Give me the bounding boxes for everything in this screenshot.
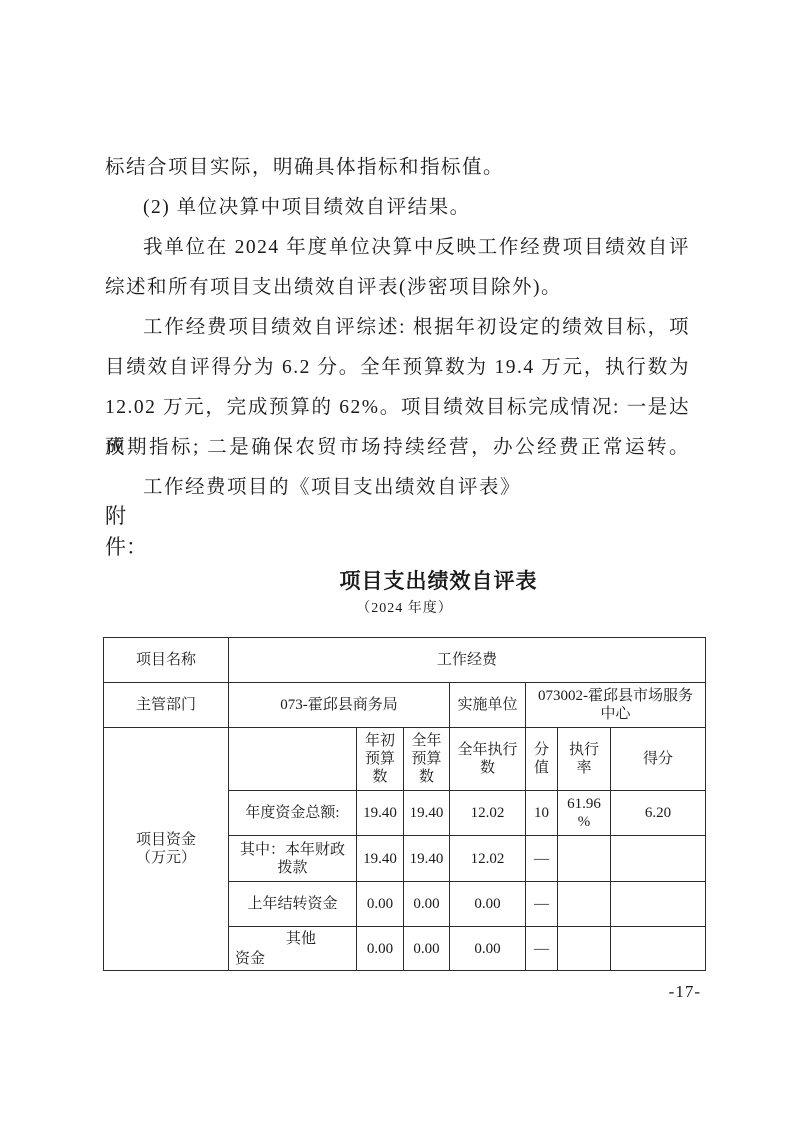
empty-header-cell bbox=[229, 728, 357, 791]
annual-exec-cell: 12.02 bbox=[450, 836, 526, 882]
document-page: 标结合项目实际，明确具体指标和指标值。 (2) 单位决算中项目绩效自评结果。 我… bbox=[0, 0, 793, 1122]
annual-exec-cell: 12.02 bbox=[450, 791, 526, 836]
initial-budget-cell: 19.40 bbox=[357, 791, 404, 836]
col-header-annual-budget: 全年预算数 bbox=[404, 728, 450, 791]
points-cell: — bbox=[526, 882, 558, 927]
section-label-line2: （万元） bbox=[108, 849, 224, 867]
annual-exec-cell: 0.00 bbox=[450, 927, 526, 971]
points-cell: 10 bbox=[526, 791, 558, 836]
table-title: 项目支出绩效自评表 bbox=[0, 565, 793, 595]
impl-unit-label-cell: 实施单位 bbox=[450, 683, 526, 728]
dept-value-cell: 073-霍邱县商务局 bbox=[229, 683, 450, 728]
attachment-label-line1: 附 bbox=[105, 501, 147, 532]
body-line: 12.02 万元，完成预算的 62%。项目绩效目标完成情况: 一是达成 bbox=[105, 388, 690, 428]
project-name-label-cell: 项目名称 bbox=[104, 638, 229, 683]
row-label-cell: 其他 资金 bbox=[229, 927, 357, 971]
annual-budget-cell: 19.40 bbox=[404, 791, 450, 836]
row-label-cell: 上年结转资金 bbox=[229, 882, 357, 927]
col-header-points: 分值 bbox=[526, 728, 558, 791]
initial-budget-cell: 19.40 bbox=[357, 836, 404, 882]
row-label-line2: 资金 bbox=[233, 949, 352, 969]
col-header-annual-exec: 全年执行数 bbox=[450, 728, 526, 791]
col-header-exec-rate: 执行率 bbox=[558, 728, 611, 791]
col-header-initial-budget: 年初预算数 bbox=[357, 728, 404, 791]
table-row: 主管部门 073-霍邱县商务局 实施单位 073002-霍邱县市场服务中心 bbox=[104, 683, 706, 728]
body-line: 我单位在 2024 年度单位决算中反映工作经费项目绩效自评 bbox=[105, 228, 690, 268]
score-cell bbox=[611, 882, 706, 927]
attachment-label: 附 件： bbox=[105, 501, 147, 563]
section-label-cell: 项目资金 （万元） bbox=[104, 728, 229, 971]
score-cell: 6.20 bbox=[611, 791, 706, 836]
attachment-label-line2: 件： bbox=[105, 532, 147, 563]
row-label-line1: 其他 bbox=[233, 929, 352, 949]
impl-unit-value-cell: 073002-霍邱县市场服务中心 bbox=[526, 683, 706, 728]
body-line: 工作经费项目的《项目支出绩效自评表》 bbox=[105, 468, 690, 508]
table-subtitle: （2024 年度） bbox=[0, 597, 793, 617]
table-header-row: 项目资金 （万元） 年初预算数 全年预算数 全年执行数 分值 执行率 得分 bbox=[104, 728, 706, 791]
annual-budget-cell: 0.00 bbox=[404, 927, 450, 971]
exec-rate-cell bbox=[558, 882, 611, 927]
annual-budget-cell: 19.40 bbox=[404, 836, 450, 882]
points-cell: — bbox=[526, 836, 558, 882]
initial-budget-cell: 0.00 bbox=[357, 882, 404, 927]
exec-rate-cell bbox=[558, 927, 611, 971]
score-cell bbox=[611, 927, 706, 971]
section-label-line1: 项目资金 bbox=[108, 831, 224, 849]
body-line: 工作经费项目绩效自评综述: 根据年初设定的绩效目标，项 bbox=[105, 308, 690, 348]
project-name-value-cell: 工作经费 bbox=[229, 638, 706, 683]
row-label-cell: 年度资金总额: bbox=[229, 791, 357, 836]
body-line: 预期指标; 二是确保农贸市场持续经营，办公经费正常运转。 bbox=[105, 428, 690, 468]
row-label-cell: 其中：本年财政拨款 bbox=[229, 836, 357, 882]
annual-budget-cell: 0.00 bbox=[404, 882, 450, 927]
body-line: 标结合项目实际，明确具体指标和指标值。 bbox=[105, 148, 690, 188]
exec-rate-cell bbox=[558, 836, 611, 882]
score-cell bbox=[611, 836, 706, 882]
performance-self-eval-table: 项目名称 工作经费 主管部门 073-霍邱县商务局 实施单位 073002-霍邱… bbox=[103, 637, 706, 971]
exec-rate-cell: 61.96% bbox=[558, 791, 611, 836]
body-line: 目绩效自评得分为 6.2 分。全年预算数为 19.4 万元，执行数为 bbox=[105, 348, 690, 388]
body-line: 综述和所有项目支出绩效自评表(涉密项目除外)。 bbox=[105, 268, 690, 308]
initial-budget-cell: 0.00 bbox=[357, 927, 404, 971]
body-paragraphs: 标结合项目实际，明确具体指标和指标值。 (2) 单位决算中项目绩效自评结果。 我… bbox=[105, 148, 690, 508]
col-header-score: 得分 bbox=[611, 728, 706, 791]
table-row: 项目名称 工作经费 bbox=[104, 638, 706, 683]
dept-label-cell: 主管部门 bbox=[104, 683, 229, 728]
body-line: (2) 单位决算中项目绩效自评结果。 bbox=[105, 188, 690, 228]
annual-exec-cell: 0.00 bbox=[450, 882, 526, 927]
points-cell: — bbox=[526, 927, 558, 971]
page-number: -17- bbox=[0, 982, 701, 1002]
